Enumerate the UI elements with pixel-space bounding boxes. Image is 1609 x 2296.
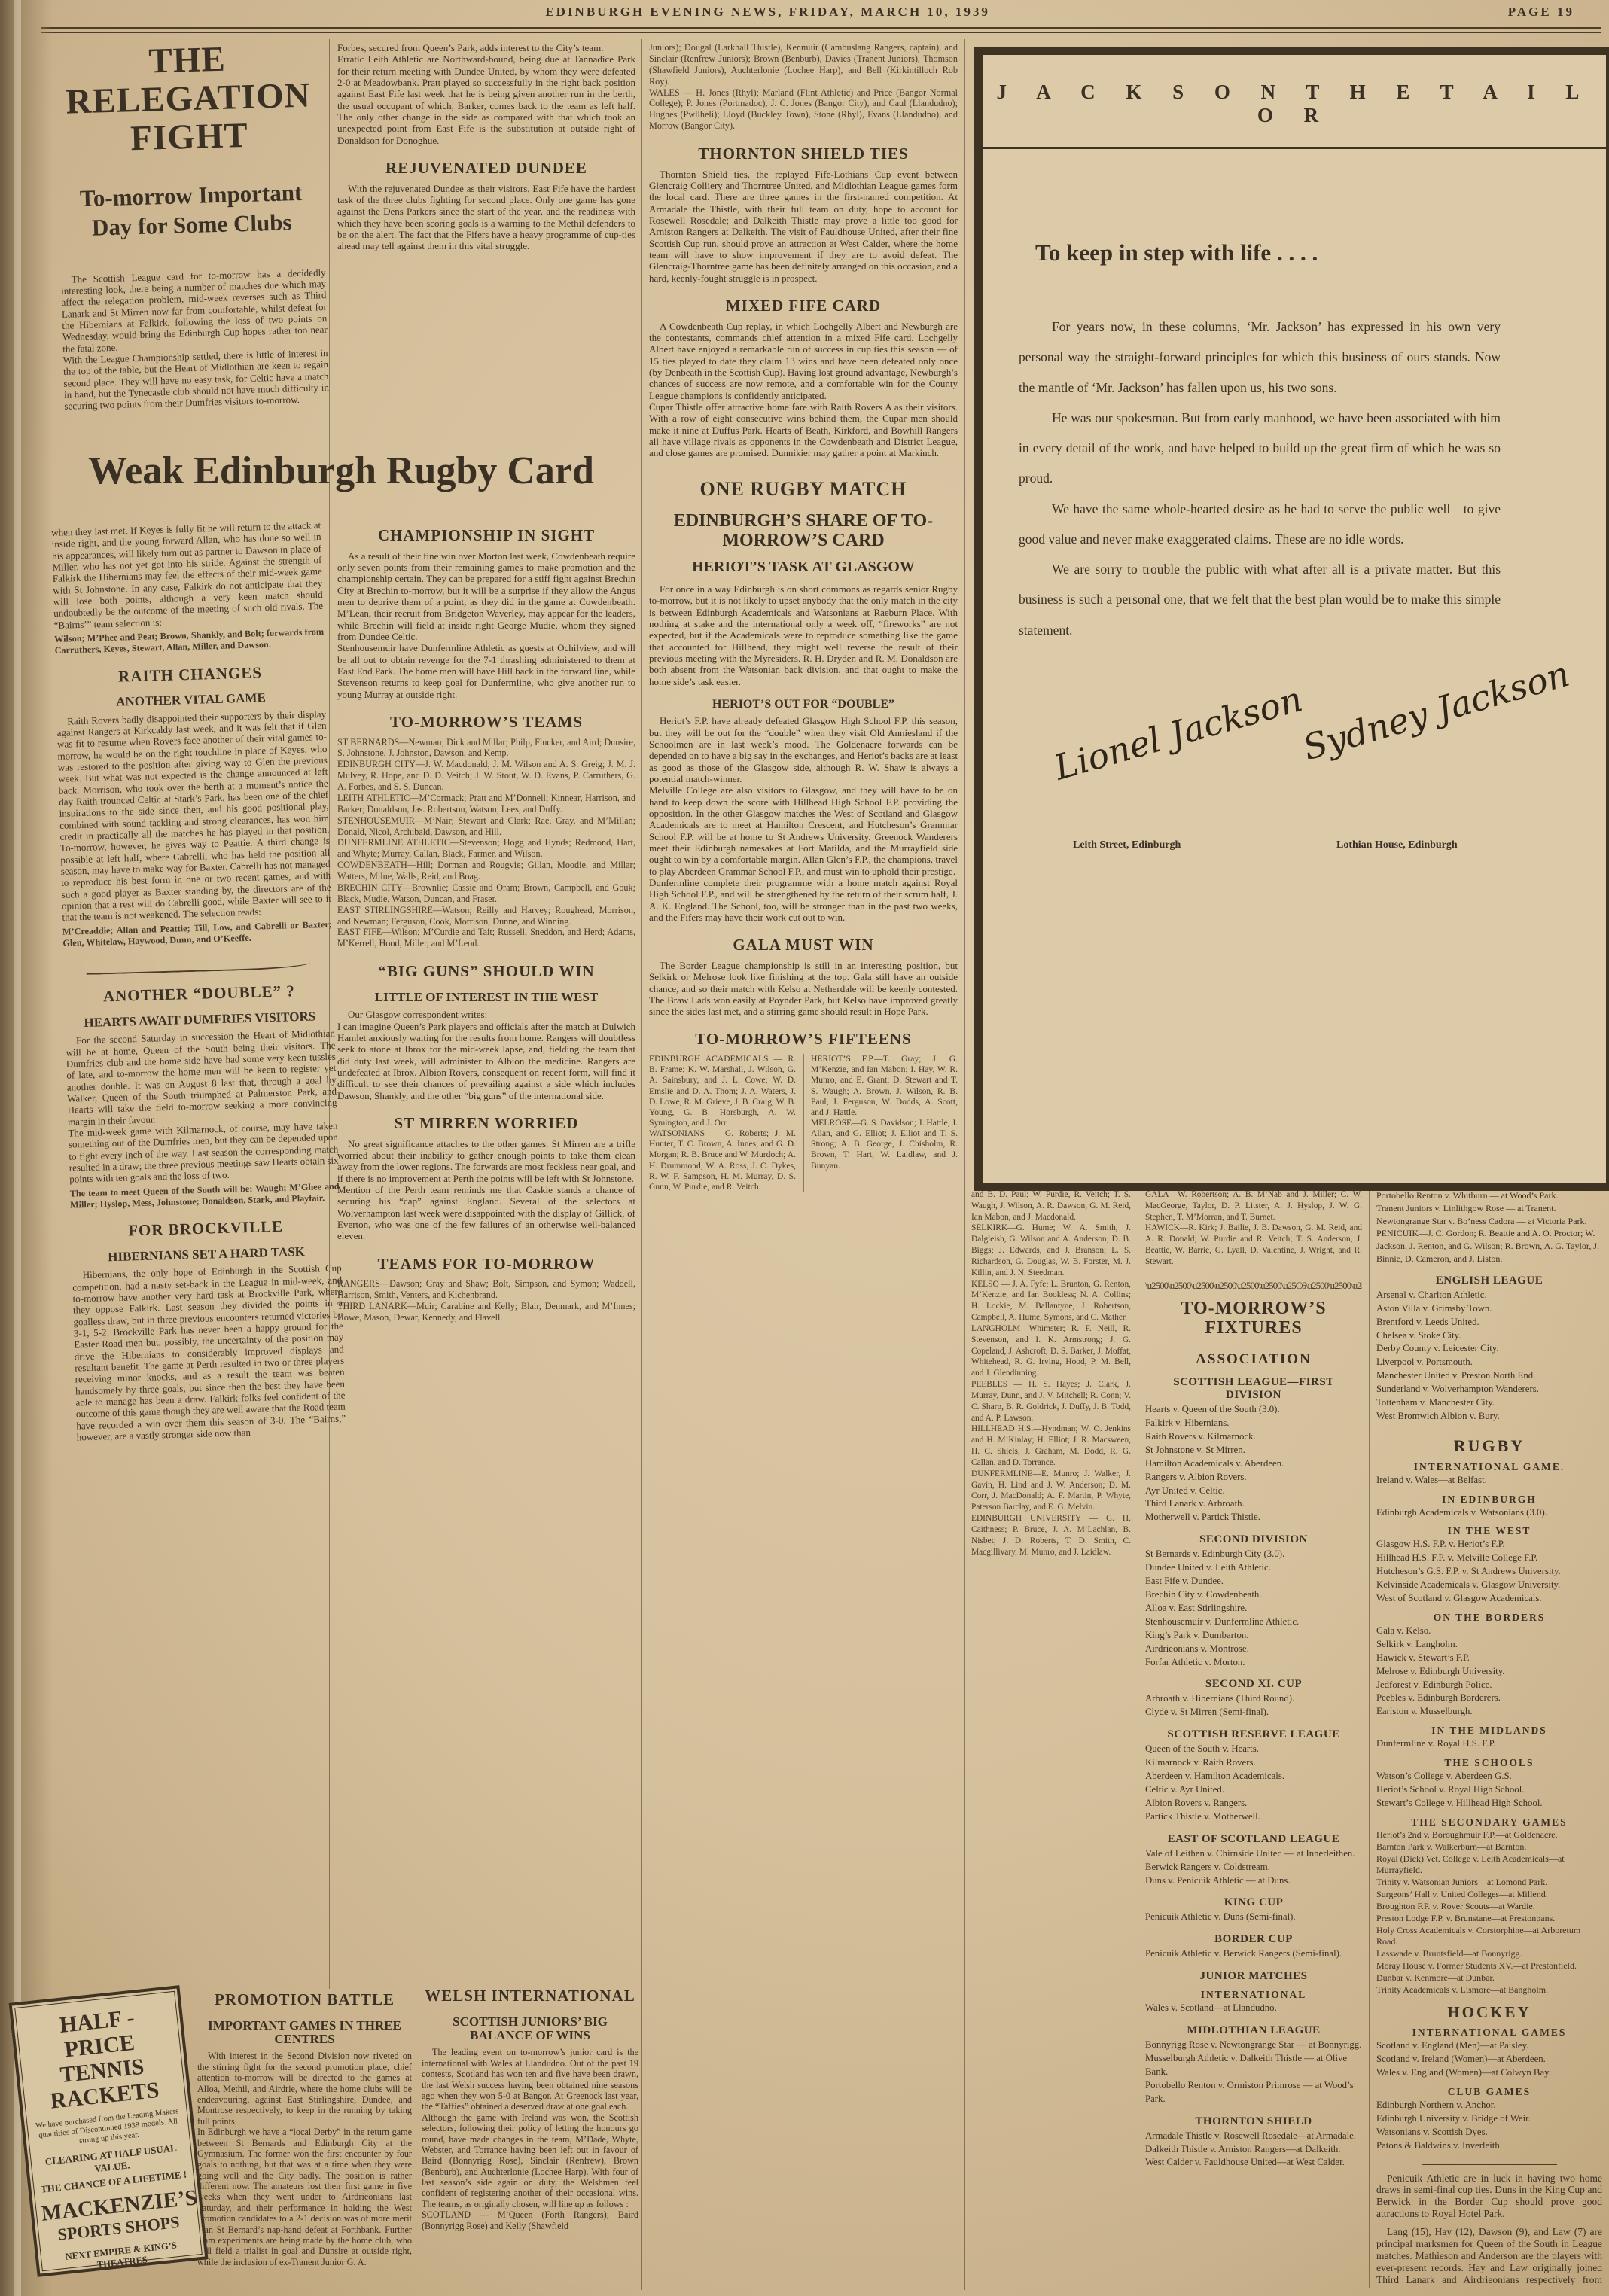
english-league-head: ENGLISH LEAGUE — [1376, 1274, 1602, 1287]
junior-international-head: INTERNATIONAL — [1145, 1989, 1362, 2001]
fifteens-columns: EDINBURGH ACADEMICALS — R. B. Frame; K. … — [649, 1054, 958, 1192]
east-of-scotland-fixtures: Vale of Leithen v. Chirnside United — at… — [1145, 1847, 1362, 1888]
fifteens-fragments-b: GALA—W. Robertson; A. B. M’Nab and J. Mi… — [1145, 1189, 1362, 1268]
secondary-games-fixtures: Heriot’s 2nd v. Boroughmuir F.P.—at Gold… — [1376, 1829, 1602, 1996]
forbes-intro: Forbes, secured from Queen’s Park, adds … — [337, 42, 635, 146]
heriots-double-body: Heriot’s F.P. have already defeated Glas… — [649, 715, 958, 923]
reserve-league-head: SCOTTISH RESERVE LEAGUE — [1145, 1728, 1362, 1741]
big-guns-sub: LITTLE OF INTEREST IN THE WEST — [337, 991, 635, 1004]
masthead: EDINBURGH EVENING NEWS, FRIDAY, MARCH 10… — [45, 5, 1597, 24]
tomorrows-fixtures-head: TO-MORROW’S FIXTURES — [1145, 1299, 1362, 1338]
second-division-fixtures: St Bernards v. Edinburgh City (3.0). Dun… — [1145, 1548, 1362, 1669]
hibernians-task-subhead: HIBERNIANS SET A HARD TASK — [72, 1244, 341, 1265]
tomorrows-fifteens-head: TO-MORROW’S FIFTEENS — [649, 1031, 958, 1048]
jackson-slogan: To keep in step with life . . . . — [1035, 239, 1606, 266]
first-division-fixtures: Hearts v. Queen of the South (3.0). Falk… — [1145, 1403, 1362, 1524]
border-cup-head: BORDER CUP — [1145, 1933, 1362, 1946]
junior-international-teams: Juniors); Dougal (Larkhall Thistle), Ken… — [649, 42, 958, 132]
welsh-international-head: WELSH INTERNATIONAL — [422, 1987, 638, 2005]
hockey-club-games-head: CLUB GAMES — [1376, 2086, 1602, 2098]
mixed-fife-card-body: A Cowdenbeath Cup replay, in which Lochg… — [649, 321, 958, 459]
brockville-body: Hibernians, the only hope of Edinburgh i… — [72, 1262, 346, 1443]
column-1: when they last met. If Keyes is fully fi… — [51, 519, 361, 1975]
big-guns-body: Our Glasgow correspondent writes: I can … — [337, 1009, 635, 1101]
east-of-scotland-head: EAST OF SCOTLAND LEAGUE — [1145, 1833, 1362, 1846]
masthead-rule — [41, 27, 1601, 33]
rugby-section-head: RUGBY — [1376, 1437, 1602, 1455]
hearts-body: For the second Saturday in succession th… — [66, 1028, 339, 1185]
column-rule — [641, 39, 642, 2290]
fifteens-right: HERIOT’S F.P.—T. Gray; J. G. M’Kenzie, a… — [803, 1054, 958, 1192]
fifteens-continuation-column: and B. D. Paul; W. Purdie, R. Veitch; T.… — [971, 1189, 1131, 2285]
in-edinburgh-head: IN EDINBURGH — [1376, 1494, 1602, 1506]
junior-international-fixture: Wales v. Scotland—at Llandudno. — [1145, 2002, 1362, 2015]
mackenzies-ad: HALF - PRICE TENNIS RACKETS We have purc… — [8, 1985, 208, 2277]
deck-important-day: To-morrow Important Day for Some Clubs — [58, 178, 325, 243]
english-league-fixtures: Arsenal v. Charlton Athletic. Aston Vill… — [1376, 1289, 1602, 1424]
on-the-borders-fixtures: Gala v. Kelso. Selkirk v. Langholm. Hawi… — [1376, 1625, 1602, 1719]
championship-body: As a result of their fine win over Morto… — [337, 550, 635, 700]
in-the-midlands-fixture: Dunfermline v. Royal H.S. F.P. — [1376, 1737, 1602, 1751]
second-xi-cup-fixtures: Arbroath v. Hibernians (Third Round). Cl… — [1145, 1692, 1362, 1719]
signature-lionel-jackson: Lionel Jackson — [1050, 678, 1306, 788]
jackson-signatures: Lionel Jackson Sydney Jackson Leith Stre… — [983, 645, 1606, 871]
hearts-dumfries-subhead: HEARTS AWAIT DUMFRIES VISITORS — [65, 1009, 334, 1031]
welsh-international-block: WELSH INTERNATIONAL SCOTTISH JUNIORS’ BI… — [422, 1987, 638, 2288]
king-cup-fixtures: Penicuik Athletic v. Duns (Semi-final). — [1145, 1911, 1362, 1924]
in-edinburgh-fixture: Edinburgh Academicals v. Watsonians (3.0… — [1376, 1506, 1602, 1520]
promotion-battle-block: PROMOTION BATTLE IMPORTANT GAMES IN THRE… — [197, 1991, 412, 2288]
reserve-league-fixtures: Queen of the South v. Hearts. Kilmarnock… — [1145, 1743, 1362, 1823]
heriots-task-subhead: HERIOT’S TASK AT GLASGOW — [649, 559, 958, 576]
championship-head: CHAMPIONSHIP IN SIGHT — [337, 527, 635, 544]
ornament-rule: \u2500\u2500\u2500\u2500\u2500\u2500\u25… — [1145, 1280, 1362, 1292]
jackson-paragraph-3: We have the same whole-hearted desire as… — [1019, 494, 1501, 555]
promotion-body: With interest in the Second Division now… — [197, 2051, 412, 2267]
thornton-shield-head: THORNTON SHIELD TIES — [649, 145, 958, 163]
closing-rule — [1422, 2164, 1557, 2165]
second-xi-cup-head: SECOND XI. CUP — [1145, 1678, 1362, 1691]
headline-weak-rugby-card: Weak Edinburgh Rugby Card — [44, 450, 638, 492]
falkirk-paragraph: when they last met. If Keyes is fully fi… — [51, 519, 324, 631]
mixed-fife-card-head: MIXED FIFE CARD — [649, 297, 958, 315]
edinburghs-share-subhead: EDINBURGH’S SHARE OF TO-MORROW’S CARD — [649, 512, 958, 551]
teams-for-tomorrow-head: TEAMS FOR TO-MORROW — [337, 1256, 635, 1273]
hockey-section-head: HOCKEY — [1376, 2004, 1602, 2021]
thornton-shield-body: Thornton Shield ties, the replayed Fife-… — [649, 169, 958, 284]
another-double-head: ANOTHER “DOUBLE” ? — [64, 982, 334, 1006]
gala-must-win-body: The Border League championship is still … — [649, 960, 958, 1018]
address-lothian-house: Lothian House, Edinburgh — [1336, 839, 1458, 851]
welsh-body: The leading event on to-morrow’s junior … — [422, 2047, 638, 2231]
hearts-team-note: The team to meet Queen of the South will… — [70, 1180, 340, 1210]
jackson-brand: J A C K S O N T H E T A I L O R — [983, 55, 1606, 147]
rugby-international-fixture: Ireland v. Wales—at Belfast. — [1376, 1474, 1602, 1488]
on-the-borders-head: ON THE BORDERS — [1376, 1612, 1602, 1624]
in-the-west-head: IN THE WEST — [1376, 1525, 1602, 1537]
junior-fixture-lines: Portobello Renton v. Whitburn — at Wood’… — [1376, 1189, 1602, 1265]
column-rule — [1369, 1186, 1370, 2288]
king-cup-head: KING CUP — [1145, 1896, 1362, 1909]
closing-paragraph-2: Lang (15), Hay (12), Dawson (9), and Law… — [1376, 2226, 1602, 2285]
column-3: Juniors); Dougal (Larkhall Thistle), Ken… — [649, 42, 958, 2288]
second-division-head: SECOND DIVISION — [1145, 1533, 1362, 1546]
flourish-rule — [86, 957, 310, 975]
big-guns-head: “BIG GUNS” SHOULD WIN — [337, 963, 635, 980]
in-the-west-fixtures: Glasgow H.S. F.P. v. Heriot’s F.P. Hillh… — [1376, 1538, 1602, 1606]
raith-team-line: M’Creaddie; Allan and Peattie; Till, Low… — [62, 918, 333, 949]
column-2-top: Forbes, secured from Queen’s Park, adds … — [337, 42, 635, 449]
one-rugby-match-head: ONE RUGBY MATCH — [649, 479, 958, 500]
bairns-team-line: Wilson; M’Phee and Peat; Brown, Shankly,… — [54, 626, 325, 656]
signature-sydney-jackson: Sydney Jackson — [1299, 653, 1574, 768]
in-the-midlands-head: IN THE MIDLANDS — [1376, 1725, 1602, 1737]
thornton-shield-fixtures: Armadale Thistle v. Rosewell Rosedale—at… — [1145, 2130, 1362, 2170]
the-schools-head: THE SCHOOLS — [1376, 1757, 1602, 1769]
welsh-sub: SCOTTISH JUNIORS’ BIG BALANCE OF WINS — [422, 2015, 638, 2043]
promotion-battle-head: PROMOTION BATTLE — [197, 1991, 412, 2008]
rugby-international-head: INTERNATIONAL GAME. — [1376, 1461, 1602, 1473]
jackson-tailor-ad: J A C K S O N T H E T A I L O R To keep … — [974, 47, 1609, 1191]
junior-matches-head: JUNIOR MATCHES — [1145, 1970, 1362, 1983]
first-division-head: SCOTTISH LEAGUE—FIRST DIVISION — [1145, 1376, 1362, 1402]
midlothian-league-fixtures: Bonnyrigg Rose v. Newtongrange Star — at… — [1145, 2039, 1362, 2106]
raith-vital-game-subhead: ANOTHER VITAL GAME — [56, 690, 325, 711]
jackson-rule — [983, 147, 1606, 149]
masthead-title: EDINBURGH EVENING NEWS, FRIDAY, MARCH 10… — [545, 5, 990, 20]
dundee-body: With the rejuvenated Dundee as their vis… — [337, 183, 635, 252]
tomorrows-teams-lists: ST BERNARDS—Newman; Dick and Millar; Phi… — [337, 737, 635, 950]
st-mirren-body: No great significance attaches to the ot… — [337, 1138, 635, 1242]
midlothian-league-head: MIDLOTHIAN LEAGUE — [1145, 2024, 1362, 2037]
tomorrows-teams-head: TO-MORROW’S TEAMS — [337, 714, 635, 731]
one-rugby-match-body: For once in a way Edinburgh is on short … — [649, 583, 958, 687]
for-brockville-head: FOR BROCKVILLE — [71, 1217, 340, 1241]
fifteens-left: EDINBURGH ACADEMICALS — R. B. Frame; K. … — [649, 1054, 796, 1192]
heriots-double-head: HERIOT’S OUT FOR “DOUBLE” — [649, 698, 958, 711]
relegation-headline-block: THE RELEGATION FIGHT To-morrow Important… — [54, 38, 331, 448]
closing-paragraph-1: Penicuik Athletic are in luck in having … — [1376, 2173, 1602, 2221]
the-schools-fixtures: Watson’s College v. Aberdeen G.S. Heriot… — [1376, 1770, 1602, 1810]
rugby-hockey-column: Portobello Renton v. Whitburn — at Wood’… — [1376, 1189, 1602, 2285]
column-rule — [1138, 1186, 1138, 2288]
fixtures-column: GALA—W. Robertson; A. B. M’Nab and J. Mi… — [1145, 1189, 1362, 2285]
raith-changes-head: RAITH CHANGES — [55, 662, 325, 687]
address-leith-street: Leith Street, Edinburgh — [1073, 839, 1181, 851]
st-mirren-worried-head: ST MIRREN WORRIED — [337, 1115, 635, 1132]
jackson-paragraph-1: For years now, in these columns, ‘Mr. Ja… — [1019, 312, 1501, 403]
wide-headline-block: Weak Edinburgh Rugby Card — [44, 450, 638, 510]
rejuvenated-dundee-head: REJUVENATED DUNDEE — [337, 160, 635, 177]
newspaper-page: EDINBURGH EVENING NEWS, FRIDAY, MARCH 10… — [0, 0, 1609, 2296]
border-cup-fixtures: Penicuik Athletic v. Berwick Rangers (Se… — [1145, 1947, 1362, 1961]
jackson-paragraph-2: He was our spokesman. But from early man… — [1019, 403, 1501, 494]
page-number: PAGE 19 — [1508, 5, 1574, 20]
thornton-shield-fixtures-head: THORNTON SHIELD — [1145, 2115, 1362, 2128]
headline-relegation: THE RELEGATION FIGHT — [54, 38, 322, 160]
relegation-lead: The Scottish League card for to-morrow h… — [60, 266, 329, 413]
jackson-paragraph-4: We are sorry to trouble the public with … — [1019, 554, 1501, 645]
column-2-main: CHAMPIONSHIP IN SIGHT As a result of the… — [337, 527, 635, 1976]
secondary-games-head: THE SECONDARY GAMES — [1376, 1816, 1602, 1829]
fifteens-fragments: and B. D. Paul; W. Purdie, R. Veitch; T.… — [971, 1189, 1131, 1558]
promotion-sub: IMPORTANT GAMES IN THREE CENTRES — [197, 2019, 412, 2047]
gala-must-win-head: GALA MUST WIN — [649, 936, 958, 954]
column-rule — [964, 39, 965, 2290]
hockey-international-head: INTERNATIONAL GAMES — [1376, 2027, 1602, 2039]
hockey-international-fixtures: Scotland v. England (Men)—at Paisley. Sc… — [1376, 2039, 1602, 2080]
hockey-club-fixtures: Edinburgh Northern v. Anchor. Edinburgh … — [1376, 2099, 1602, 2153]
raith-body: Raith Rovers badly disappointed their su… — [56, 708, 332, 924]
association-head: ASSOCIATION — [1145, 1352, 1362, 1368]
teams-for-tomorrow-lists: RANGERS—Dawson; Gray and Shaw; Bolt, Sim… — [337, 1278, 635, 1323]
